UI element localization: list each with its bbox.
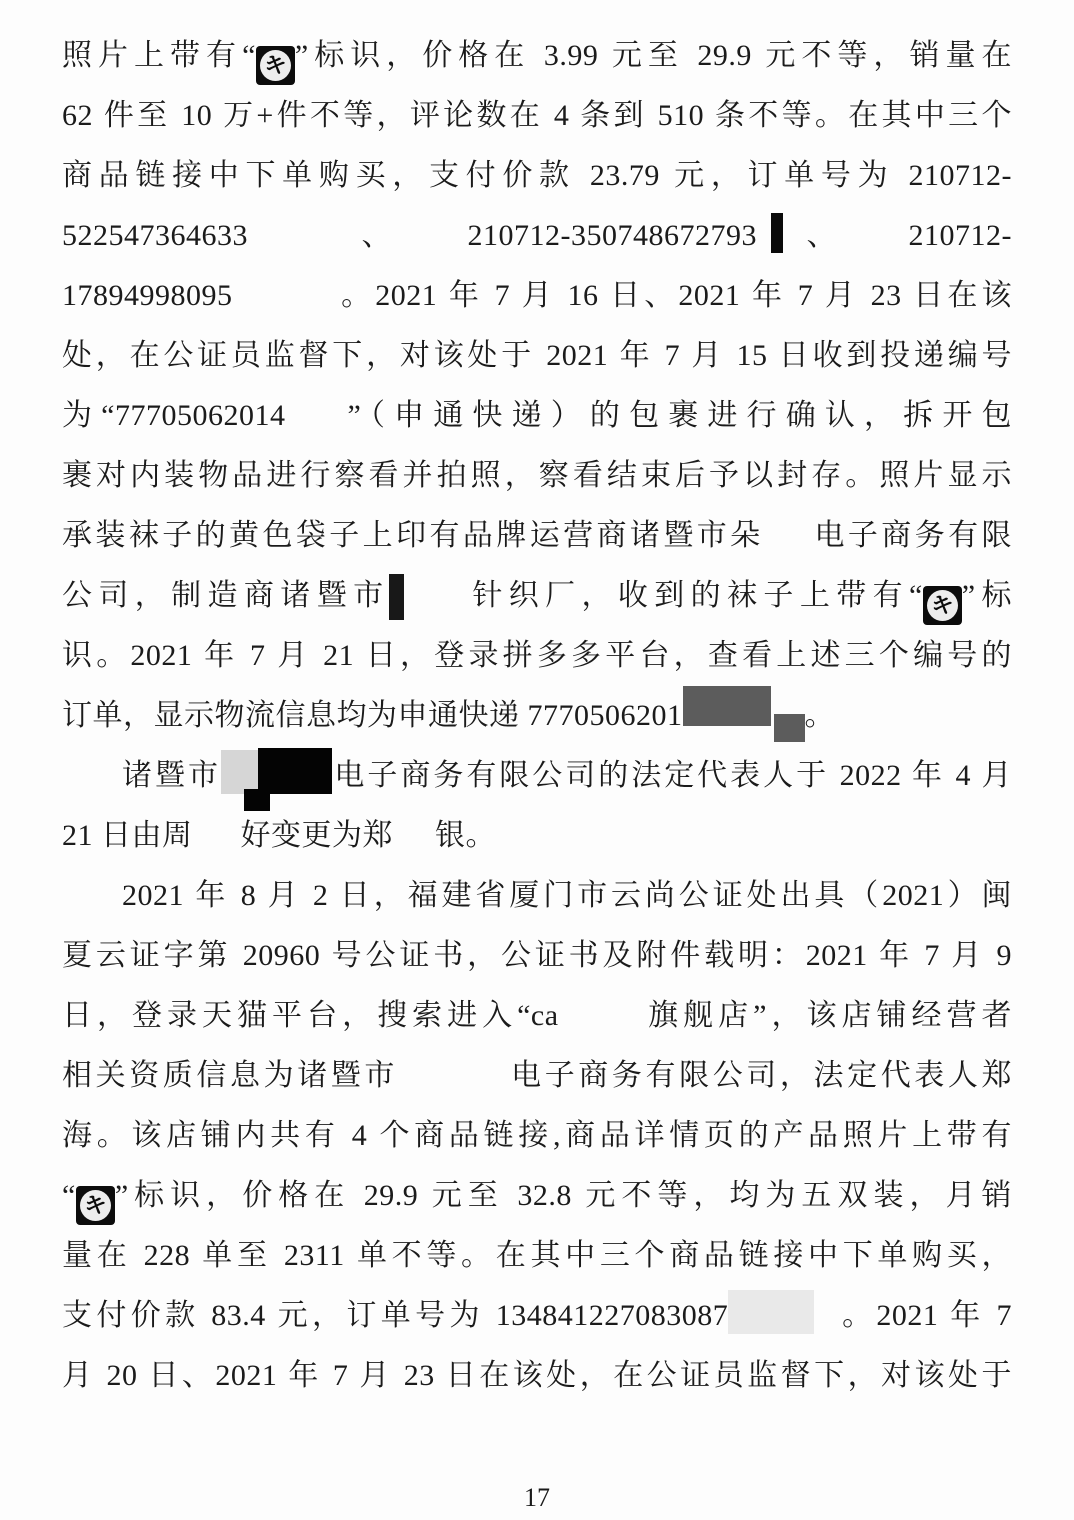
text-segment: 相关资质信息为诸暨市 bbox=[62, 1059, 398, 1092]
document-line: 公司，制造商诸暨市针织厂，收到的袜子上带有“キ”标 bbox=[62, 566, 1012, 626]
text-segment: 210712- bbox=[909, 219, 1013, 252]
document-line: 海。该店铺内共有 4 个商品链接,商品详情页的产品照片上带有 bbox=[62, 1106, 1012, 1166]
brand-logo-circle: キ bbox=[927, 590, 958, 621]
redaction-block bbox=[728, 1290, 814, 1334]
document-body: 照片上带有“キ”标识，价格在 3.99 元至 29.9 元不等，销量在62 件至… bbox=[62, 26, 1012, 1406]
text-segment: 2021 年 8 月 2 日，福建省厦门市云尚公证处出具（2021）闽 bbox=[122, 879, 1012, 912]
text-segment: 夏云证字第 20960 号公证书，公证书及附件载明：2021 年 7 月 9 bbox=[62, 939, 1012, 972]
text-segment: 银。 bbox=[435, 819, 496, 852]
document-line: 日，登录天猫平台，搜索进入“ca旗舰店”，该店铺经营者 bbox=[62, 986, 1012, 1046]
document-line: 支付价款 83.4 元，订单号为 134841227083087。2021 年 … bbox=[62, 1286, 1012, 1346]
text-segment: 。 bbox=[805, 699, 836, 732]
text-segment: 。2021 年 7 bbox=[838, 1299, 1012, 1332]
document-line: “キ”标识，价格在 29.9 元至 32.8 元不等，均为五双装，月销 bbox=[62, 1166, 1012, 1226]
text-segment: 照片上带有“ bbox=[62, 39, 256, 72]
text-segment: 裹对内装物品进行察看并拍照，察看结束后予以封存。照片显示 bbox=[62, 459, 1012, 492]
brand-trademark-icon: キ bbox=[256, 46, 295, 85]
brand-logo-circle: キ bbox=[260, 50, 291, 81]
text-segment: 17894998095 bbox=[62, 279, 233, 312]
document-line: 诸暨市电子商务有限公司的法定代表人于 2022 年 4 月 bbox=[62, 746, 1012, 806]
text-segment: 62 件至 10 万+件不等，评论数在 4 条到 510 条不等。在其中三个 bbox=[62, 99, 1012, 132]
redacted-blank-space bbox=[861, 244, 909, 245]
text-segment: 订单，显示物流信息均为申通快递 7770506201 bbox=[62, 699, 683, 732]
text-segment: 、 bbox=[338, 219, 416, 252]
redacted-blank-space bbox=[416, 244, 468, 245]
text-segment: 海。该店铺内共有 4 个商品链接,商品详情页的产品照片上带有 bbox=[62, 1119, 1012, 1152]
text-segment: 识。2021 年 7 月 21 日，登录拼多多平台，查看上述三个编号的 bbox=[62, 639, 1012, 672]
text-segment: 商品链接中下单购买，支付价款 23.79 元，订单号为 210712- bbox=[62, 159, 1012, 192]
brand-logo-circle: キ bbox=[80, 1190, 111, 1221]
text-segment: ”标识，价格在 29.9 元至 32.8 元不等，均为五双装，月销 bbox=[115, 1179, 1012, 1212]
redacted-blank-space bbox=[757, 244, 771, 245]
text-segment: “ bbox=[62, 1179, 76, 1212]
text-segment: 21 日由周 bbox=[62, 819, 193, 852]
document-line: 商品链接中下单购买，支付价款 23.79 元，订单号为 210712- bbox=[62, 146, 1012, 206]
text-segment: 522547364633 bbox=[62, 219, 248, 252]
brand-logo-glyph: キ bbox=[929, 592, 956, 619]
text-segment: 210712-350748672793 bbox=[468, 219, 758, 252]
text-segment: 诸暨市 bbox=[122, 759, 221, 792]
text-segment: 好变更为郑 bbox=[241, 819, 394, 852]
text-segment: 承装袜子的黄色袋子上印有品牌运营商诸暨市朵 bbox=[62, 519, 764, 552]
brand-trademark-icon: キ bbox=[76, 1186, 115, 1225]
document-page: 照片上带有“キ”标识，价格在 3.99 元至 29.9 元不等，销量在62 件至… bbox=[0, 0, 1074, 1520]
redacted-blank-space bbox=[248, 244, 338, 245]
brand-trademark-icon: キ bbox=[923, 586, 962, 625]
text-segment: 日，登录天猫平台，搜索进入“ca bbox=[62, 999, 559, 1032]
document-line: 夏云证字第 20960 号公证书，公证书及附件载明：2021 年 7 月 9 bbox=[62, 926, 1012, 986]
document-line: 2021 年 8 月 2 日，福建省厦门市云尚公证处出具（2021）闽 bbox=[62, 866, 1012, 926]
text-segment: ”标 bbox=[962, 579, 1012, 612]
text-segment: 处，在公证员监督下，对该处于 2021 年 7 月 15 日收到投递编号 bbox=[62, 339, 1012, 372]
redacted-blank-space bbox=[233, 304, 338, 305]
document-line: 17894998095。2021 年 7 月 16 日、2021 年 7 月 2… bbox=[62, 266, 1012, 326]
redacted-blank-space bbox=[193, 844, 241, 845]
document-line: 承装袜子的黄色袋子上印有品牌运营商诸暨市朵电子商务有限 bbox=[62, 506, 1012, 566]
redacted-blank-space bbox=[404, 604, 466, 605]
redacted-blank-space bbox=[814, 1324, 838, 1325]
text-segment: 电子商务有限 bbox=[812, 519, 1012, 552]
document-line: 522547364633、210712-350748672793、210712- bbox=[62, 206, 1012, 266]
document-line: 月 20 日、2021 年 7 月 23 日在该处，在公证员监督下，对该处于 bbox=[62, 1346, 1012, 1406]
document-line: 相关资质信息为诸暨市电子商务有限公司，法定代表人郑 bbox=[62, 1046, 1012, 1106]
text-segment: 电子商务有限公司的法定代表人于 2022 年 4 月 bbox=[332, 759, 1012, 792]
text-segment: 、 bbox=[783, 219, 861, 252]
redacted-blank-space bbox=[398, 1084, 508, 1085]
redaction-block bbox=[771, 213, 783, 253]
text-segment: 电子商务有限公司，法定代表人郑 bbox=[508, 1059, 1012, 1092]
redacted-blank-space bbox=[559, 1024, 644, 1025]
redaction-block bbox=[258, 748, 332, 794]
redaction-block bbox=[221, 750, 258, 794]
brand-logo-glyph: キ bbox=[262, 52, 289, 79]
document-line: 识。2021 年 7 月 21 日，登录拼多多平台，查看上述三个编号的 bbox=[62, 626, 1012, 686]
text-segment: ”（申通快递）的包裹进行确认，拆开包 bbox=[347, 399, 1012, 432]
text-segment: 量在 228 单至 2311 单不等。在其中三个商品链接中下单购买， bbox=[62, 1239, 1012, 1272]
document-line: 量在 228 单至 2311 单不等。在其中三个商品链接中下单购买， bbox=[62, 1226, 1012, 1286]
document-line: 21 日由周好变更为郑银。 bbox=[62, 806, 1012, 866]
document-line: 处，在公证员监督下，对该处于 2021 年 7 月 15 日收到投递编号 bbox=[62, 326, 1012, 386]
brand-logo-glyph: キ bbox=[82, 1192, 109, 1219]
text-segment: 为“77705062014 bbox=[62, 399, 285, 432]
document-line: 照片上带有“キ”标识，价格在 3.99 元至 29.9 元不等，销量在 bbox=[62, 26, 1012, 86]
text-segment: ”标识，价格在 3.99 元至 29.9 元不等，销量在 bbox=[295, 39, 1012, 72]
page-number: 17 bbox=[524, 1483, 550, 1513]
text-segment: 旗舰店”，该店铺经营者 bbox=[644, 999, 1012, 1032]
redacted-blank-space bbox=[764, 544, 812, 545]
text-segment: 月 20 日、2021 年 7 月 23 日在该处，在公证员监督下，对该处于 bbox=[62, 1359, 1012, 1392]
text-segment: 针织厂，收到的袜子上带有“ bbox=[466, 579, 922, 612]
document-line: 裹对内装物品进行察看并拍照，察看结束后予以封存。照片显示 bbox=[62, 446, 1012, 506]
document-line: 62 件至 10 万+件不等，评论数在 4 条到 510 条不等。在其中三个 bbox=[62, 86, 1012, 146]
redaction-block bbox=[389, 574, 404, 620]
redacted-blank-space bbox=[285, 424, 347, 425]
text-segment: 支付价款 83.4 元，订单号为 134841227083087 bbox=[62, 1299, 728, 1332]
redacted-blank-space bbox=[393, 844, 435, 845]
redaction-block bbox=[774, 714, 805, 742]
text-segment: 公司，制造商诸暨市 bbox=[62, 579, 389, 612]
redaction-block bbox=[683, 686, 771, 726]
document-line: 为“77705062014”（申通快递）的包裹进行确认，拆开包 bbox=[62, 386, 1012, 446]
text-segment: 。2021 年 7 月 16 日、2021 年 7 月 23 日在该 bbox=[338, 279, 1013, 312]
document-line: 订单，显示物流信息均为申通快递 7770506201。 bbox=[62, 686, 1012, 746]
